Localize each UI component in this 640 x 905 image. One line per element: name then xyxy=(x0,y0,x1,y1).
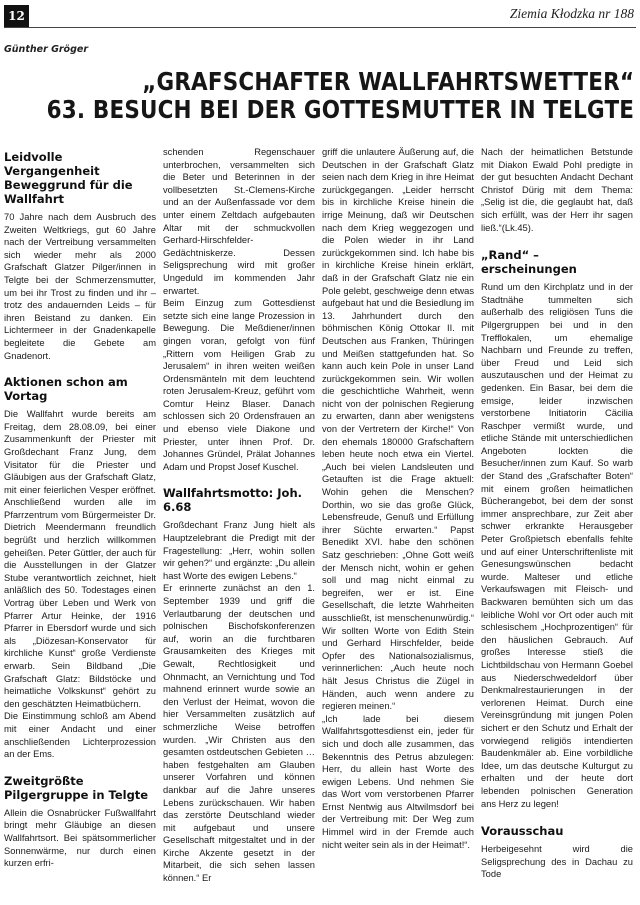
column-3: griff die unlautere Äußerung auf, die De… xyxy=(322,146,474,902)
paragraph: Die Wallfahrt wurde bereits am Freitag, … xyxy=(4,408,156,710)
subheading: Zweitgrößte Pilgergruppe in Telgte xyxy=(4,774,156,802)
article-body: Leidvolle Vergangenheit Beweggrund für d… xyxy=(4,146,638,902)
paragraph: griff die unlautere Äußerung auf, die De… xyxy=(322,146,474,713)
paragraph: 70 Jahre nach dem Ausbruch des Zweiten W… xyxy=(4,211,156,362)
paragraph: Die Einstimmung schloß am Abend mit eine… xyxy=(4,710,156,760)
column-1: Leidvolle Vergangenheit Beweggrund für d… xyxy=(4,146,156,902)
paragraph: Großdechant Franz Jung hielt als Hauptze… xyxy=(163,519,315,582)
subheading: Vorausschau xyxy=(481,824,633,838)
running-title: Ziemia Kłodzka nr 188 xyxy=(510,6,634,22)
paragraph: Herbeigesehnt wird die Seligsprechung de… xyxy=(481,843,633,881)
article-author: Günther Gröger xyxy=(4,44,88,55)
headline-line-2: 63. BESUCH BEI DER GOTTESMUTTER IN TELGT… xyxy=(46,96,634,124)
column-2: schenden Regenschauer unterbrochen, vers… xyxy=(163,146,315,902)
page-header: 12 Ziemia Kłodzka nr 188 xyxy=(0,0,640,30)
header-rule xyxy=(4,27,636,28)
column-4: Nach der heimatlichen Betstunde mit Diak… xyxy=(481,146,633,902)
subheading: Aktionen schon am Vortag xyxy=(4,375,156,403)
paragraph: Allein die Osnabrücker Fußwallfahrt brin… xyxy=(4,807,156,870)
paragraph: Rund um den Kirchplatz und in der Stadtn… xyxy=(481,281,633,810)
headline-line-1: „GRAFSCHAFTER WALLFAHRTSWETTER“ xyxy=(46,68,634,96)
paragraph: Nach der heimatlichen Betstunde mit Diak… xyxy=(481,146,633,234)
paragraph: „Ich lade bei diesem Wallfahrtsgottesdie… xyxy=(322,713,474,852)
paragraph: Er erinnerte zunächst an den 1. Septembe… xyxy=(163,582,315,884)
article-headline: „GRAFSCHAFTER WALLFAHRTSWETTER“ 63. BESU… xyxy=(46,68,634,124)
page-number: 12 xyxy=(4,5,29,27)
subheading: Leidvolle Vergangenheit Beweggrund für d… xyxy=(4,150,156,206)
paragraph: schenden Regenschauer unterbrochen, vers… xyxy=(163,146,315,297)
paragraph: Beim Einzug zum Gottesdienst setzte sich… xyxy=(163,297,315,473)
subheading: „Rand“ – erscheinungen xyxy=(481,248,633,276)
subheading: Wallfahrtsmotto: Joh. 6.68 xyxy=(163,486,315,514)
